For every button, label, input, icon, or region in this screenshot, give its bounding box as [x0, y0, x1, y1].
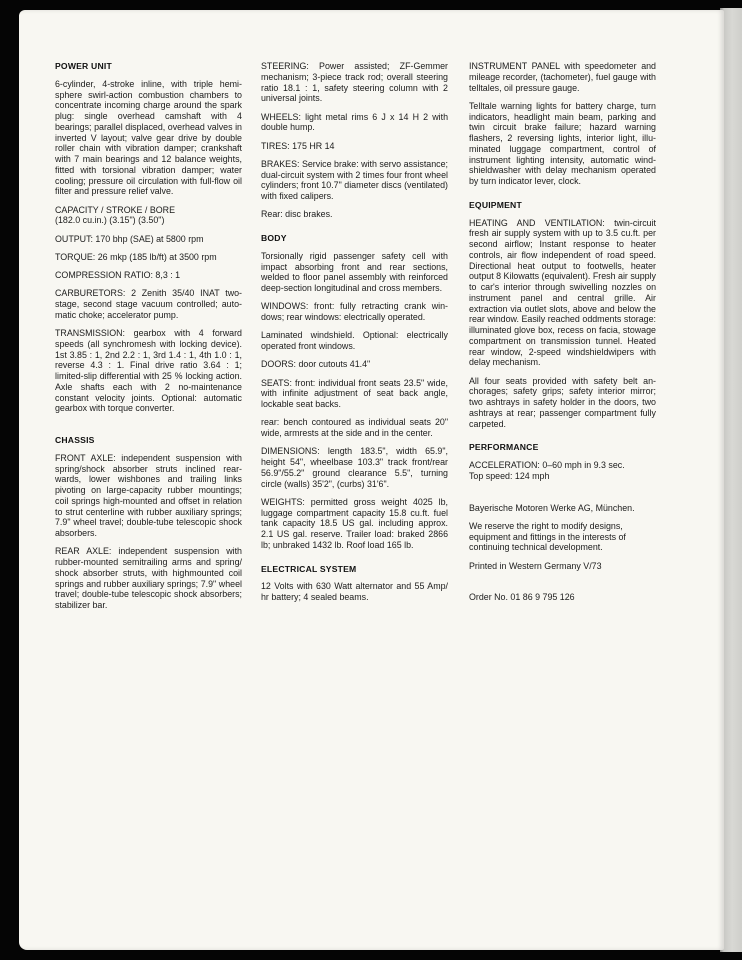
- order-number: Order No. 01 86 9 795 126: [469, 592, 656, 603]
- electrical-description: 12 Volts with 630 Watt alternator and 55…: [261, 581, 448, 603]
- doors-spec: DOORS: door cutouts 41.4": [261, 359, 448, 370]
- rear-brakes-spec: Rear: disc brakes.: [261, 209, 448, 220]
- seats-front-spec: SEATS: front: individual front seats 23.…: [261, 378, 448, 410]
- instrument-panel-spec: INSTRUMENT PANEL with speedometer and mi…: [469, 61, 656, 93]
- brakes-spec: BRAKES: Service brake: with servo assist…: [261, 159, 448, 202]
- performance-block: ACCELERATION: 0–60 mph in 9.3 sec. Top s…: [469, 460, 656, 482]
- steering-spec: STEERING: Power assisted; ZF-Gemmer mech…: [261, 61, 448, 104]
- column-3: INSTRUMENT PANEL with speedometer and mi…: [469, 61, 656, 611]
- heading-performance: PERFORMANCE: [469, 442, 656, 453]
- seat-safety-spec: All four seats provided with safety belt…: [469, 376, 656, 430]
- carburetors-spec: CARBURETORS: 2 Zenith 35/40 INAT two-sta…: [55, 288, 242, 320]
- body-description: Torsionally rigid passenger safety cell …: [261, 251, 448, 294]
- windshield-spec: Laminated windshield. Optional: electric…: [261, 330, 448, 352]
- top-speed-spec: Top speed: 124 mph: [469, 471, 656, 482]
- heading-body: BODY: [261, 233, 448, 244]
- spec-sheet-page: POWER UNIT 6-cylinder, 4-stroke inline, …: [19, 10, 724, 950]
- company-name: Bayerische Motoren Werke AG, München.: [469, 503, 656, 514]
- tires-spec: TIRES: 175 HR 14: [261, 141, 448, 152]
- rear-axle-spec: REAR AXLE: independent suspension with r…: [55, 546, 242, 611]
- power-unit-description: 6-cylinder, 4-stroke inline, with triple…: [55, 79, 242, 197]
- output-spec: OUTPUT: 170 bhp (SAE) at 5800 rpm: [55, 234, 242, 245]
- seats-rear-spec: rear: bench contoured as individual seat…: [261, 417, 448, 439]
- printed-in: Printed in Western Germany V/73: [469, 561, 656, 572]
- acceleration-spec: ACCELERATION: 0–60 mph in 9.3 sec.: [469, 460, 656, 471]
- heading-chassis: CHASSIS: [55, 435, 242, 446]
- capacity-value: (182.0 cu.in.) (3.15") (3.50"): [55, 215, 242, 226]
- heating-ventilation-spec: HEATING AND VENTILATION: twin-circuit fr…: [469, 218, 656, 369]
- front-axle-spec: FRONT AXLE: independent suspension with …: [55, 453, 242, 539]
- heading-equipment: EQUIPMENT: [469, 200, 656, 211]
- transmission-spec: TRANSMISSION: gearbox with 4 forward spe…: [55, 328, 242, 414]
- dimensions-spec: DIMENSIONS: length 183.5", width 65.9", …: [261, 446, 448, 489]
- capacity-label: CAPACITY / STROKE / BORE: [55, 205, 242, 216]
- telltale-lights-spec: Telltale warning lights for battery char…: [469, 101, 656, 187]
- torque-spec: TORQUE: 26 mkp (185 lb/ft) at 3500 rpm: [55, 252, 242, 263]
- capacity-block: CAPACITY / STROKE / BORE (182.0 cu.in.) …: [55, 205, 242, 227]
- weights-spec: WEIGHTS: permitted gross weight 4025 lb,…: [261, 497, 448, 551]
- wheels-spec: WHEELS: light metal rims 6 J x 14 H 2 wi…: [261, 112, 448, 134]
- column-2: STEERING: Power assisted; ZF-Gemmer mech…: [261, 61, 448, 610]
- heading-power-unit: POWER UNIT: [55, 61, 242, 72]
- windows-spec: WINDOWS: front: fully retracting crank w…: [261, 301, 448, 323]
- compression-spec: COMPRESSION RATIO: 8,3 : 1: [55, 270, 242, 281]
- disclaimer: We reserve the right to modify designs, …: [469, 521, 656, 553]
- heading-electrical-system: ELECTRICAL SYSTEM: [261, 564, 448, 575]
- column-1: POWER UNIT 6-cylinder, 4-stroke inline, …: [55, 61, 242, 618]
